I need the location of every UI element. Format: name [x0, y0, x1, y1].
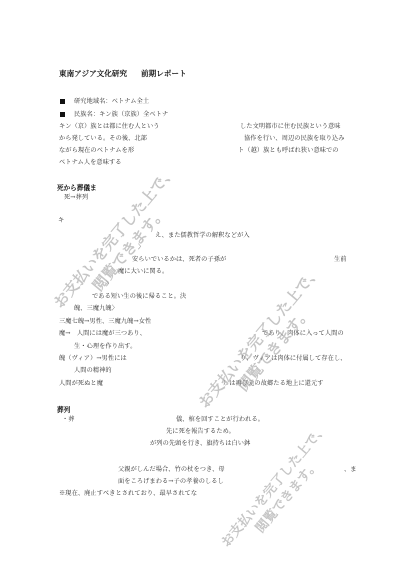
intro-line-right: 協作を行い、周辺の民族を取り込み	[244, 135, 345, 143]
square-bullet-icon	[60, 99, 65, 104]
title-sub: 前期レポート	[141, 69, 187, 78]
intro-line-right: ト（越）族とも呼ばれ狭い意味での	[238, 147, 339, 155]
intro-line-left: キン（京）族とは都に住む人という	[59, 123, 160, 131]
intro-line-left: ながら現在のベトナムを形	[59, 147, 134, 155]
square-bullet-icon	[60, 112, 65, 117]
section-heading-death-to-funeral: 死から葬儀ま	[57, 182, 97, 192]
bullet-item-ethnic-group: 民族名：キン族（京族）全ベトナ	[60, 111, 168, 119]
body-line: である短い生の後に帰ること。決	[92, 293, 186, 301]
body-line: ・葬	[62, 416, 75, 424]
intro-line-left: ベトナム人を意味する	[59, 159, 122, 167]
body-line: 安らいでいるかは、死者の子孫が	[132, 256, 226, 264]
document-page: 東南アジア文化研究前期レポート 研究地域名：ベトナム全土 民族名：キン族（京族）…	[0, 0, 410, 580]
intro-line-left: から発している。その後、北部	[59, 135, 147, 143]
body-line: 魔に大いに関る。	[118, 268, 168, 276]
subheading-death-procession: 死→葬列	[64, 194, 88, 202]
body-line: ※現在、廃止すべきとされており、最早されてな	[59, 490, 197, 498]
body-line-right: 生前	[334, 256, 347, 264]
body-line: 面をころげまわる→子の孝養のしるし	[118, 478, 224, 486]
section-label-k: キ	[58, 217, 64, 225]
document-title: 東南アジア文化研究前期レポート	[59, 68, 187, 79]
body-line: 魄（ヴィア）→男性には	[59, 355, 127, 363]
body-line: 父親がしんだ場合、竹の杖をつき、母	[118, 466, 225, 474]
body-line: が列の先頭を行き、旗持ちは白い鉢	[150, 440, 250, 448]
body-line: 生・心理を作り出す。	[74, 343, 136, 351]
body-line: 魔→ 人間には魔が三つあり、	[59, 330, 146, 338]
body-line: 先に死を報告するため。	[166, 428, 235, 436]
title-main: 東南アジア文化研究	[59, 69, 127, 78]
payment-watermark: お支払いを完了した上で、 閲覧できます。	[195, 262, 340, 424]
bullet-item-region: 研究地域名：ベトナム全土	[60, 98, 149, 106]
section-heading-funeral-procession: 葬列	[57, 404, 70, 414]
body-line-right: 、ま	[344, 466, 357, 474]
body-line: 人間が死ぬと魔	[59, 380, 103, 388]
body-line: 人間の精神的	[74, 367, 112, 375]
intro-line-right: した文明都市に住む民族という意味	[240, 123, 341, 131]
body-line: え、また儒教哲学の解釈などが入	[155, 232, 250, 240]
